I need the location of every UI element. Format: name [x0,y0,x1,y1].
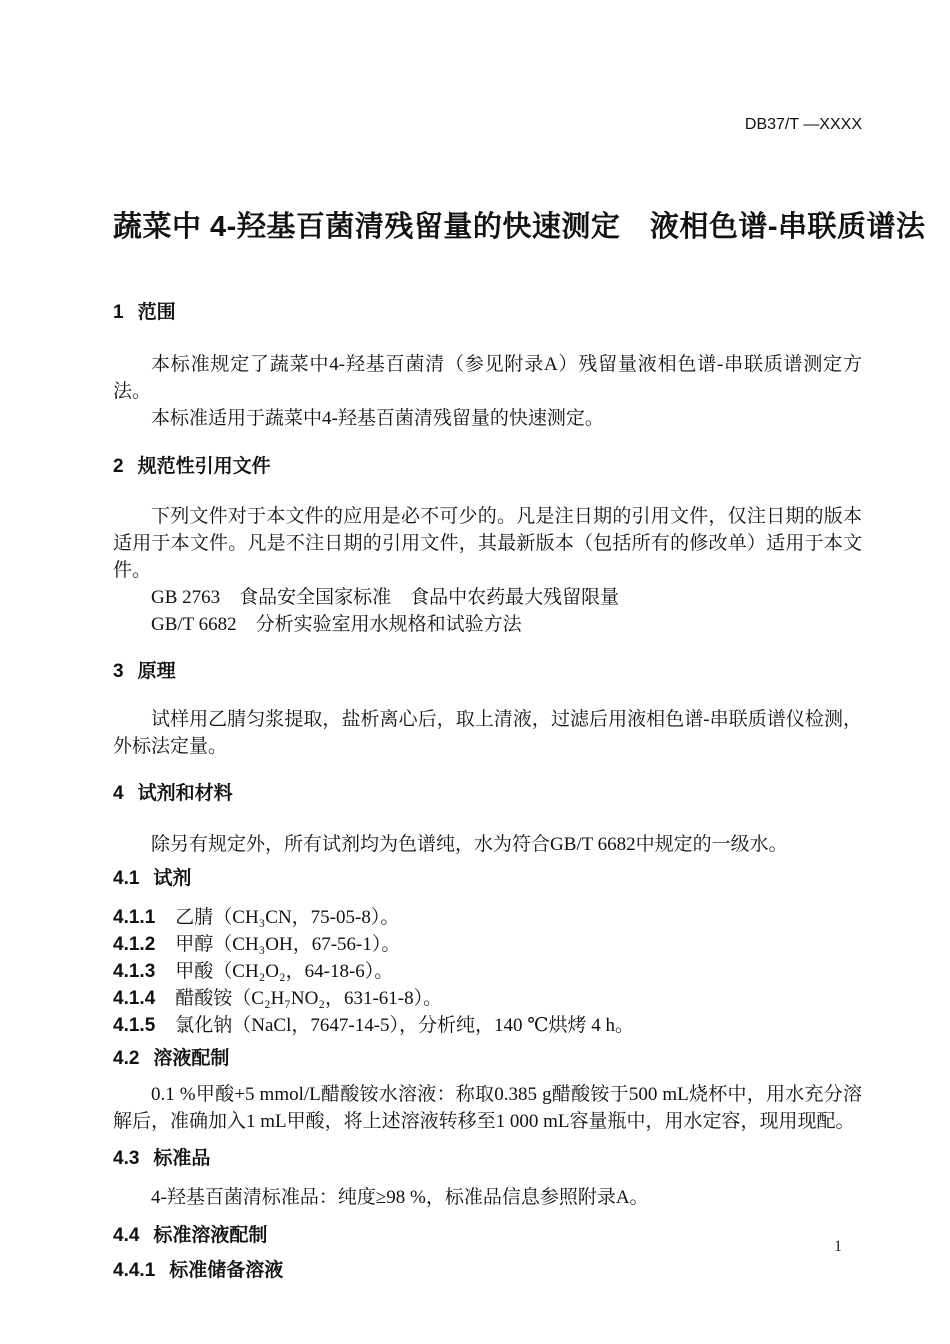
reagent-item: 4.1.5氯化钠（NaCl，7647-14-5），分析纯，140 ℃烘烤 4 h… [113,1012,862,1039]
section-1-number: 1 [113,302,124,323]
section-4-4-1-number: 4.4.1 [113,1260,155,1281]
reagent-item: 4.1.1乙腈（CH₃CN，75-05-8）。 [113,904,862,931]
section-1-label: 范围 [138,302,176,323]
doc-code: DB37/T —XXXX [113,117,862,133]
reagent-item-number: 4.1.5 [113,1015,155,1036]
reagent-item-number: 4.1.1 [113,907,155,928]
section-4-3-paragraph-1: 4-羟基百菌清标准品：纯度≥98 %，标准品信息参照附录A。 [113,1184,862,1211]
section-2-label: 规范性引用文件 [138,456,271,477]
section-4-3-label: 标准品 [153,1148,210,1169]
section-4-1-label: 试剂 [153,868,191,889]
reagent-item-text: 醋酸铵（C₂H₇NO₂，631-61-8）。 [175,988,442,1009]
section-4-heading: 4试剂和材料 [113,783,862,805]
reagent-item-number: 4.1.3 [113,961,155,982]
reagent-item: 4.1.3甲酸（CH₂O₂，64-18-6）。 [113,958,862,985]
reagent-item-text: 氯化钠（NaCl，7647-14-5），分析纯，140 ℃烘烤 4 h。 [175,1015,634,1036]
section-4-3-heading: 4.3标准品 [113,1148,862,1170]
section-2-reference-1: GB 2763 食品安全国家标准 食品中农药最大残留限量 [113,584,862,611]
reagent-item-number: 4.1.2 [113,934,155,955]
section-4-number: 4 [113,783,124,804]
page-number: 1 [834,1237,842,1256]
reagent-item-text: 乙腈（CH₃CN，75-05-8）。 [175,907,399,928]
document-page: DB37/T —XXXX 蔬菜中 4-羟基百菌清残留量的快速测定 液相色谱-串联… [0,0,950,1344]
reagent-item: 4.1.4醋酸铵（C₂H₇NO₂，631-61-8）。 [113,985,862,1012]
section-2-heading: 2规范性引用文件 [113,456,862,478]
section-4-2-paragraph-1: 0.1 %甲酸+5 mmol/L醋酸铵水溶液：称取0.385 g醋酸铵于500 … [113,1081,862,1135]
reagent-item: 4.1.2甲醇（CH₃OH，67-56-1）。 [113,931,862,958]
section-4-4-1-label: 标准储备溶液 [169,1260,283,1281]
section-1-heading: 1范围 [113,302,862,324]
reagent-item-text: 甲醇（CH₃OH，67-56-1）。 [175,934,400,955]
section-3-number: 3 [113,661,124,682]
section-2-paragraph-1: 下列文件对于本文件的应用是必不可少的。凡是注日期的引用文件，仅注日期的版本适用于… [113,503,862,584]
section-3-heading: 3原理 [113,661,862,683]
reagent-item-number: 4.1.4 [113,988,155,1009]
section-4-paragraph-1: 除另有规定外，所有试剂均为色谱纯，水为符合GB/T 6682中规定的一级水。 [113,831,862,858]
section-4-label: 试剂和材料 [138,783,233,804]
section-4-4-number: 4.4 [113,1225,139,1246]
section-1-paragraph-1: 本标准规定了蔬菜中4-羟基百菌清（参见附录A）残留量液相色谱-串联质谱测定方法。 [113,351,862,405]
section-4-2-label: 溶液配制 [153,1048,229,1069]
section-4-4-1-heading: 4.4.1标准储备溶液 [113,1260,862,1282]
section-4-3-number: 4.3 [113,1148,139,1169]
doc-title: 蔬菜中 4-羟基百菌清残留量的快速测定 液相色谱-串联质谱法 [113,210,862,244]
section-3-paragraph-1: 试样用乙腈匀浆提取，盐析离心后，取上清液，过滤后用液相色谱-串联质谱仪检测，外标… [113,706,862,760]
section-4-2-heading: 4.2溶液配制 [113,1048,862,1070]
section-1-paragraph-2: 本标准适用于蔬菜中4-羟基百菌清残留量的快速测定。 [113,405,862,432]
section-3-label: 原理 [138,661,176,682]
section-4-4-label: 标准溶液配制 [153,1225,267,1246]
section-4-2-number: 4.2 [113,1048,139,1069]
section-4-1-heading: 4.1试剂 [113,868,862,890]
reagent-item-text: 甲酸（CH₂O₂，64-18-6）。 [175,961,393,982]
section-2-number: 2 [113,456,124,477]
section-2-reference-2: GB/T 6682 分析实验室用水规格和试验方法 [113,611,862,638]
section-4-4-heading: 4.4标准溶液配制 [113,1225,862,1247]
section-4-1-number: 4.1 [113,868,139,889]
